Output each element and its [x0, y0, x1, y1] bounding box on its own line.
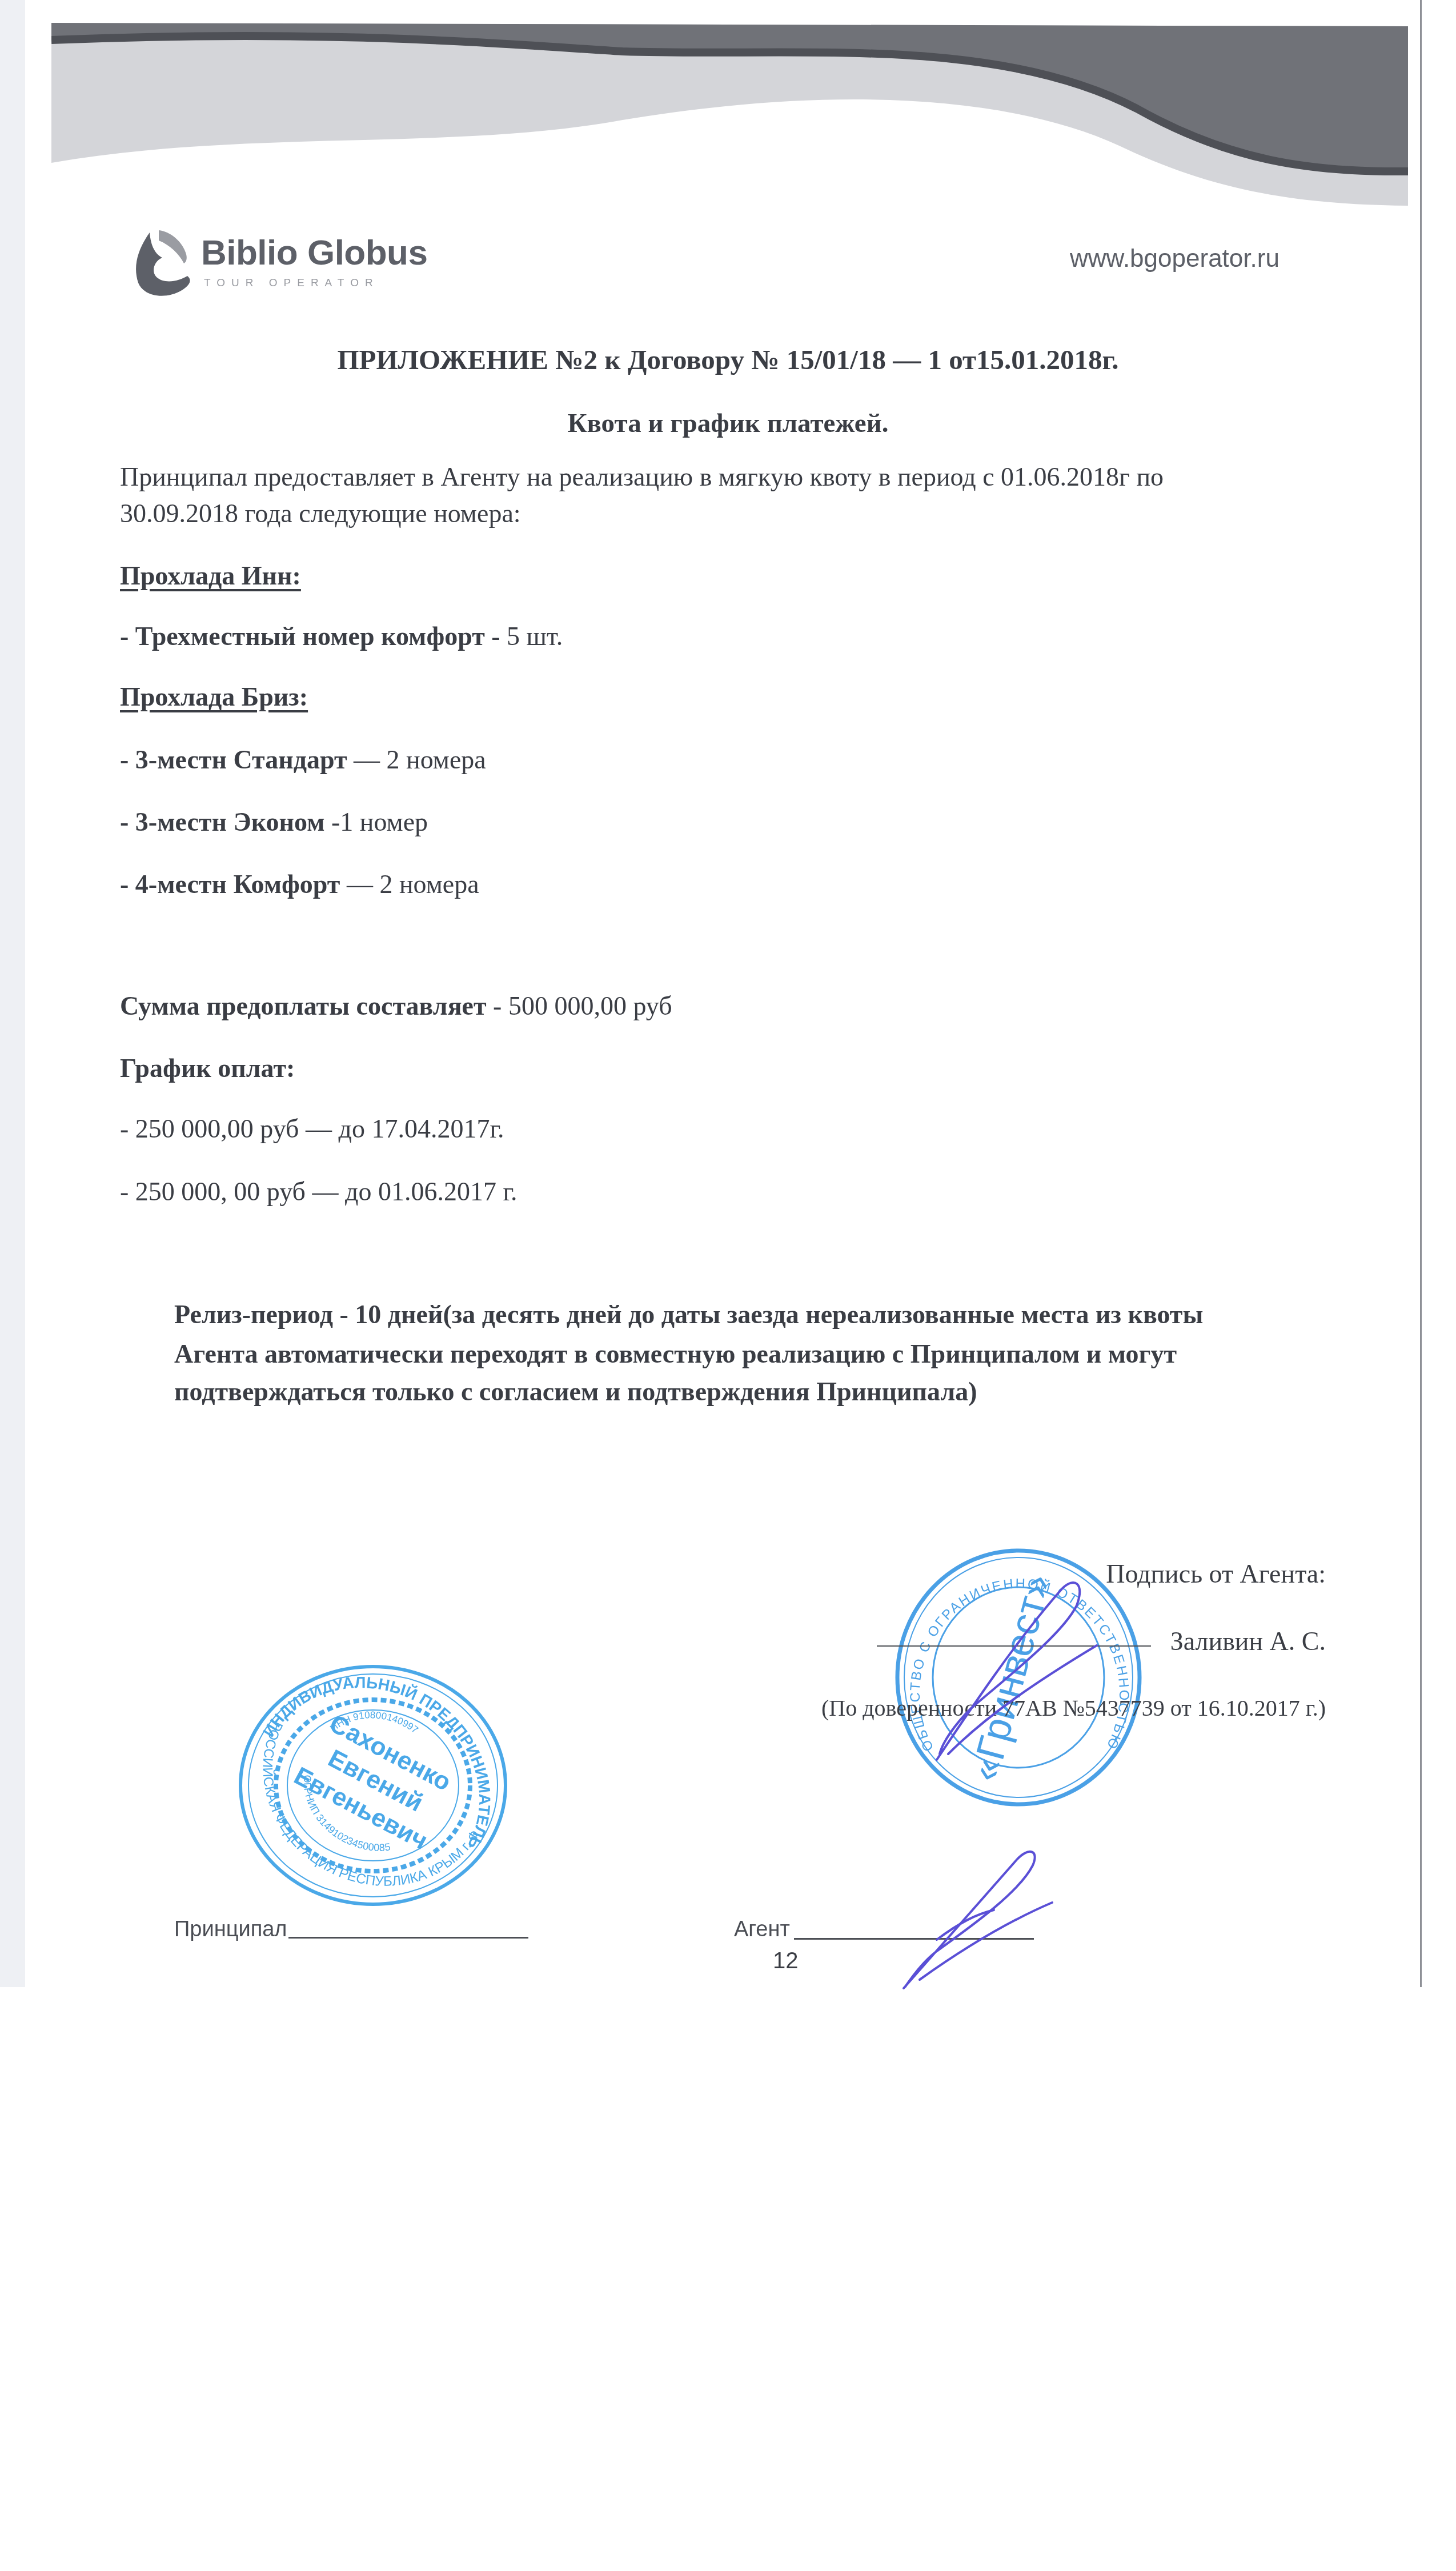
header-wave-banner: [51, 23, 1408, 206]
document-title: ПРИЛОЖЕНИЕ №2 к Договору № 15/01/18 — 1 …: [0, 346, 1456, 374]
room-quantity: -1 номер: [325, 807, 428, 836]
release-period-line-1: Релиз-период - 10 дней(за десять дней до…: [174, 1301, 1203, 1328]
room-type: - Трехместный номер комфорт: [120, 622, 485, 651]
room-quantity: — 2 номера: [340, 870, 479, 899]
brand-subtitle: TOUR OPERATOR: [204, 277, 379, 290]
document-subtitle: Квота и график платежей.: [0, 410, 1456, 437]
hotel-heading-prokhlada-briz: Прохлада Бриз:: [120, 684, 308, 710]
room-type: - 3-местн Стандарт: [120, 745, 347, 774]
principal-label: Принципал: [174, 1919, 287, 1940]
schedule-item: - 250 000,00 руб — до 17.04.2017г.: [120, 1116, 504, 1142]
schedule-label: График оплат:: [120, 1055, 295, 1082]
prepayment-value: - 500 000,00 руб: [487, 991, 672, 1020]
room-quantity: - 5 шт.: [485, 622, 563, 651]
globe-icon: [133, 226, 195, 300]
room-item: - 3-местн Эконом -1 номер: [120, 809, 428, 835]
room-item: - 4-местн Комфорт — 2 номера: [120, 871, 479, 898]
agent-sign-label: Подпись от Агента:: [1106, 1561, 1326, 1587]
room-type: - 4-местн Комфорт: [120, 870, 340, 899]
agent-label: Агент: [734, 1919, 790, 1940]
brand-name: Biblio Globus: [201, 233, 427, 273]
agent-bottom-signature: [903, 1837, 1074, 1991]
release-period-line-3: подтверждаться только с согласием и подт…: [174, 1379, 977, 1405]
intro-line-1: Принципал предоставляет в Агенту на реал…: [120, 464, 1164, 490]
principal-stamp: ИНДИВИДУАЛЬНЫЙ ПРЕДПРИНИМАТЕЛЬ РОССИЙСКА…: [233, 1660, 513, 1911]
intro-line-2: 30.09.2018 года следующие номера:: [120, 500, 521, 527]
release-period-line-2: Агента автоматически переходят в совмест…: [174, 1341, 1177, 1367]
principal-signature-line: [288, 1937, 528, 1939]
website-link[interactable]: www.bgoperator.ru: [1070, 245, 1279, 273]
room-item: - 3-местн Стандарт — 2 номера: [120, 747, 486, 773]
scan-left-margin: [0, 0, 25, 1987]
agent-handwritten-signature: [925, 1571, 1108, 1765]
agent-name: Заливин А. С.: [1170, 1628, 1326, 1655]
room-quantity: — 2 номера: [347, 745, 486, 774]
hotel-heading-prokhlada-inn: Прохлада Инн:: [120, 563, 301, 589]
prepayment-line: Сумма предоплаты составляет - 500 000,00…: [120, 993, 672, 1019]
prepayment-label: Сумма предоплаты составляет: [120, 991, 487, 1020]
schedule-item: - 250 000, 00 руб — до 01.06.2017 г.: [120, 1179, 518, 1205]
room-type: - 3-местн Эконом: [120, 807, 325, 836]
biblio-globus-logo: Biblio Globus TOUR OPERATOR: [133, 226, 487, 306]
room-item: - Трехместный номер комфорт - 5 шт.: [120, 623, 563, 650]
page-number: 12: [773, 1949, 799, 1972]
scan-right-edge: [1420, 0, 1422, 1987]
